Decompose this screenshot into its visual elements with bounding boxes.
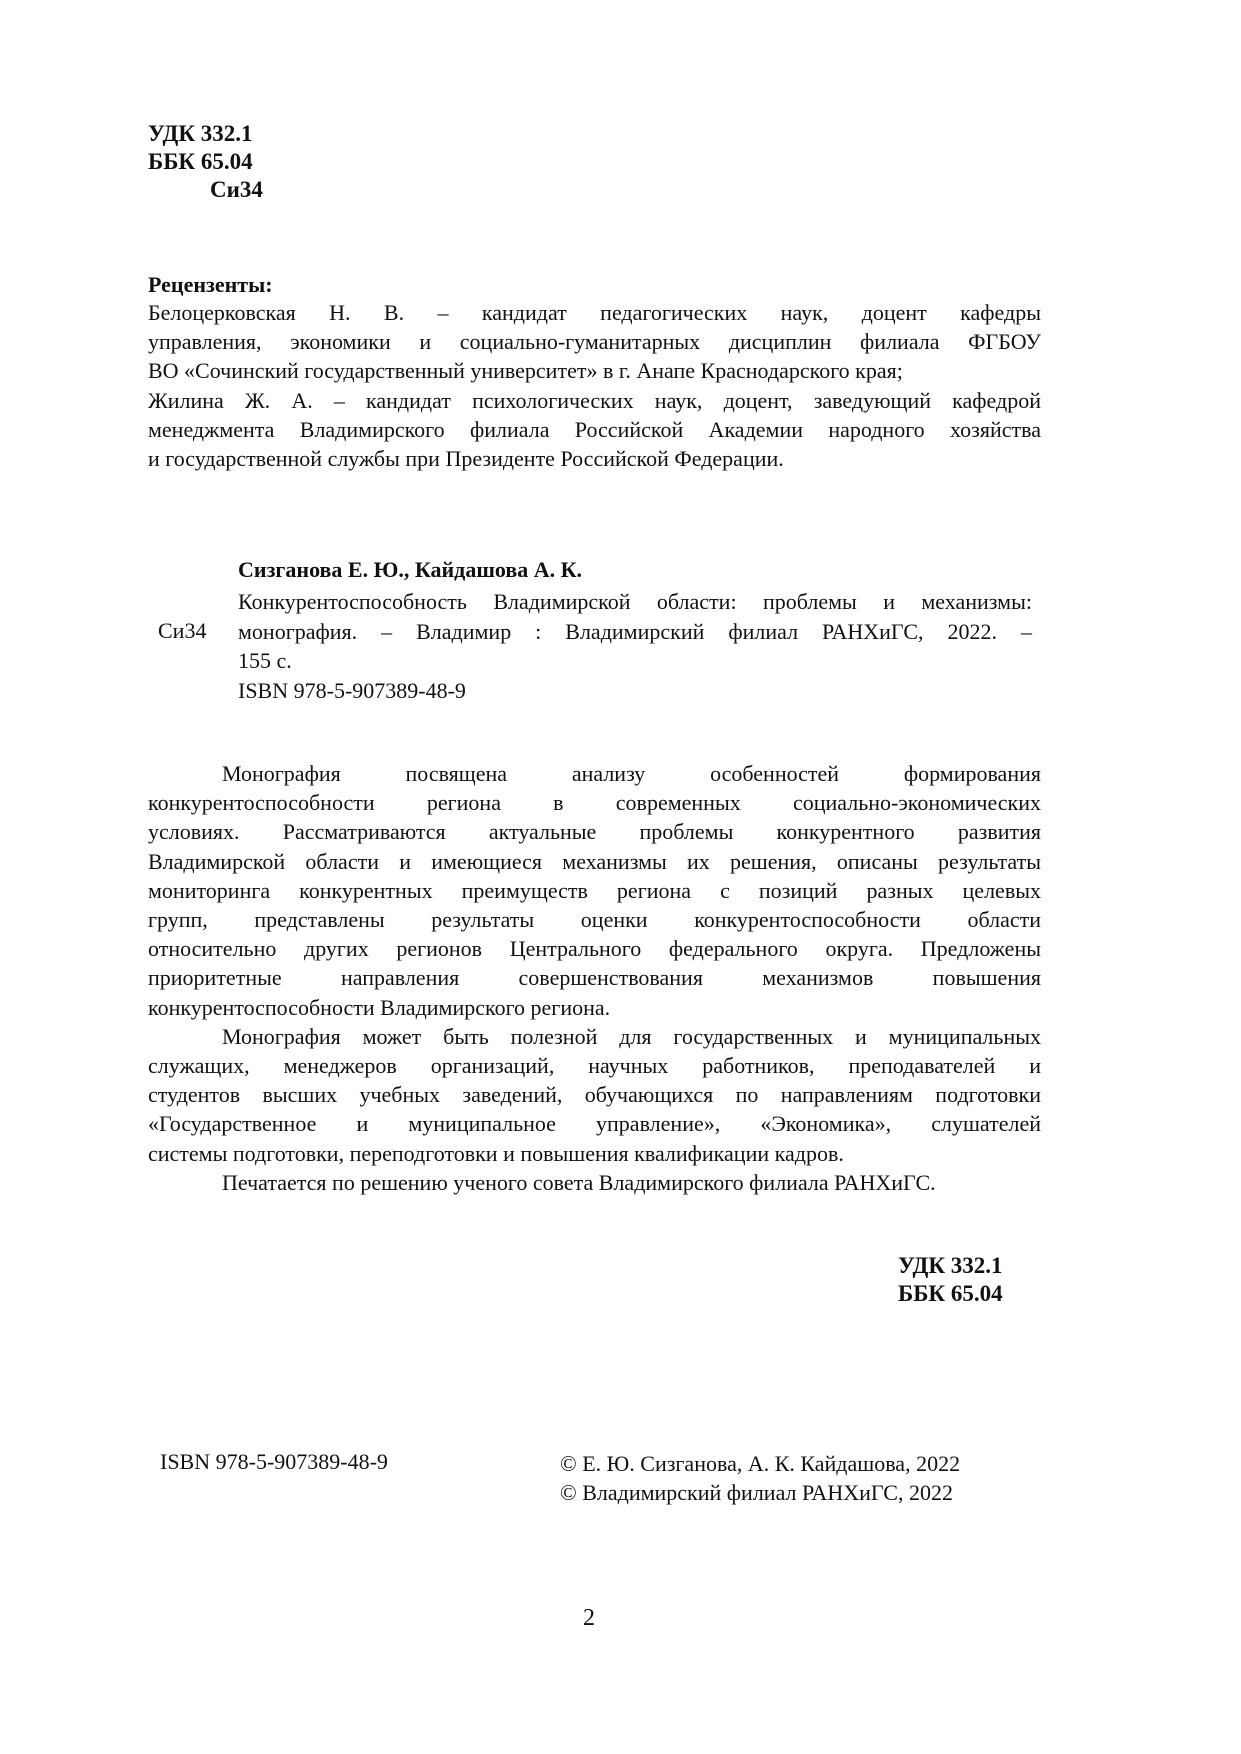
udk-code: УДК 332.1 bbox=[898, 1252, 1003, 1280]
page-number: 2 bbox=[583, 1605, 595, 1632]
abstract-line: системы подготовки, переподготовки и пов… bbox=[148, 1139, 1041, 1168]
bib-line: 155 с. bbox=[238, 646, 1032, 676]
author-mark: Си34 bbox=[148, 176, 263, 204]
abstract-line: служащих, менеджеров организаций, научны… bbox=[148, 1051, 1041, 1080]
abstract-line: относительно других регионов Центральног… bbox=[148, 934, 1041, 963]
bib-line: монография. – Владимир : Владимирский фи… bbox=[238, 617, 1032, 647]
abstract-line: Владимирской области и имеющиеся механиз… bbox=[148, 847, 1041, 876]
bib-authors: Сизганова Е. Ю., Кайдашова А. К. bbox=[238, 556, 1032, 583]
copyright-line: © Владимирский филиал РАНХиГС, 2022 bbox=[560, 1478, 960, 1507]
bib-author-mark: Си34 bbox=[158, 618, 206, 644]
reviewer-line: управления, экономики и социально-гумани… bbox=[148, 327, 1041, 356]
index-right-block: УДК 332.1 ББК 65.04 bbox=[898, 1252, 1003, 1308]
classification-block: УДК 332.1 ББК 65.04 Си34 bbox=[148, 120, 263, 204]
reviewer-line: ВО «Сочинский государственный университе… bbox=[148, 356, 1041, 385]
abstract-line: приоритетные направления совершенствован… bbox=[148, 963, 1041, 992]
bbk-code: ББК 65.04 bbox=[898, 1280, 1003, 1308]
reviewers-heading: Рецензенты: bbox=[148, 272, 1041, 298]
reviewer-line: и государственной службы при Президенте … bbox=[148, 444, 1041, 473]
abstract-line: условиях. Рассматриваются актуальные про… bbox=[148, 817, 1041, 846]
copyright-block: © Е. Ю. Сизганова, А. К. Кайдашова, 2022… bbox=[560, 1449, 960, 1507]
bbk-code: ББК 65.04 bbox=[148, 148, 263, 176]
abstract-line: «Государственное и муниципальное управле… bbox=[148, 1109, 1041, 1138]
abstract-section: Монография посвящена анализу особенносте… bbox=[148, 759, 1041, 1197]
reviewer-line: менеджмента Владимирского филиала Россий… bbox=[148, 415, 1041, 444]
abstract-line: Монография посвящена анализу особенносте… bbox=[148, 759, 1041, 788]
footer-isbn: ISBN 978-5-907389-48-9 bbox=[160, 1449, 388, 1475]
bib-isbn: ISBN 978-5-907389-48-9 bbox=[238, 676, 1032, 706]
bibliographic-record: Си34 Сизганова Е. Ю., Кайдашова А. К. Ко… bbox=[148, 556, 1041, 705]
reviewer-line: Белоцерковская Н. В. – кандидат педагоги… bbox=[148, 298, 1041, 327]
abstract-paragraph-1: Монография посвящена анализу особенносте… bbox=[148, 759, 1041, 1022]
bib-line: Конкурентоспособность Владимирской облас… bbox=[238, 587, 1032, 617]
abstract-line: Монография может быть полезной для госуд… bbox=[148, 1022, 1041, 1051]
abstract-line: конкурентоспособности Владимирского реги… bbox=[148, 993, 1041, 1022]
abstract-line: конкурентоспособности региона в современ… bbox=[148, 788, 1041, 817]
abstract-paragraph-2: Монография может быть полезной для госуд… bbox=[148, 1022, 1041, 1168]
reviewer-line: Жилина Ж. А. – кандидат психологических … bbox=[148, 386, 1041, 415]
abstract-line: студентов высших учебных заведений, обуч… bbox=[148, 1080, 1041, 1109]
copyright-line: © Е. Ю. Сизганова, А. К. Кайдашова, 2022 bbox=[560, 1449, 960, 1478]
reviewers-section: Рецензенты: Белоцерковская Н. В. – канди… bbox=[148, 272, 1041, 473]
udk-code: УДК 332.1 bbox=[148, 120, 263, 148]
abstract-line: мониторинга конкурентных преимуществ рег… bbox=[148, 876, 1041, 905]
abstract-line: групп, представлены результаты оценки ко… bbox=[148, 905, 1041, 934]
abstract-paragraph-3: Печатается по решению ученого совета Вла… bbox=[148, 1168, 1041, 1197]
